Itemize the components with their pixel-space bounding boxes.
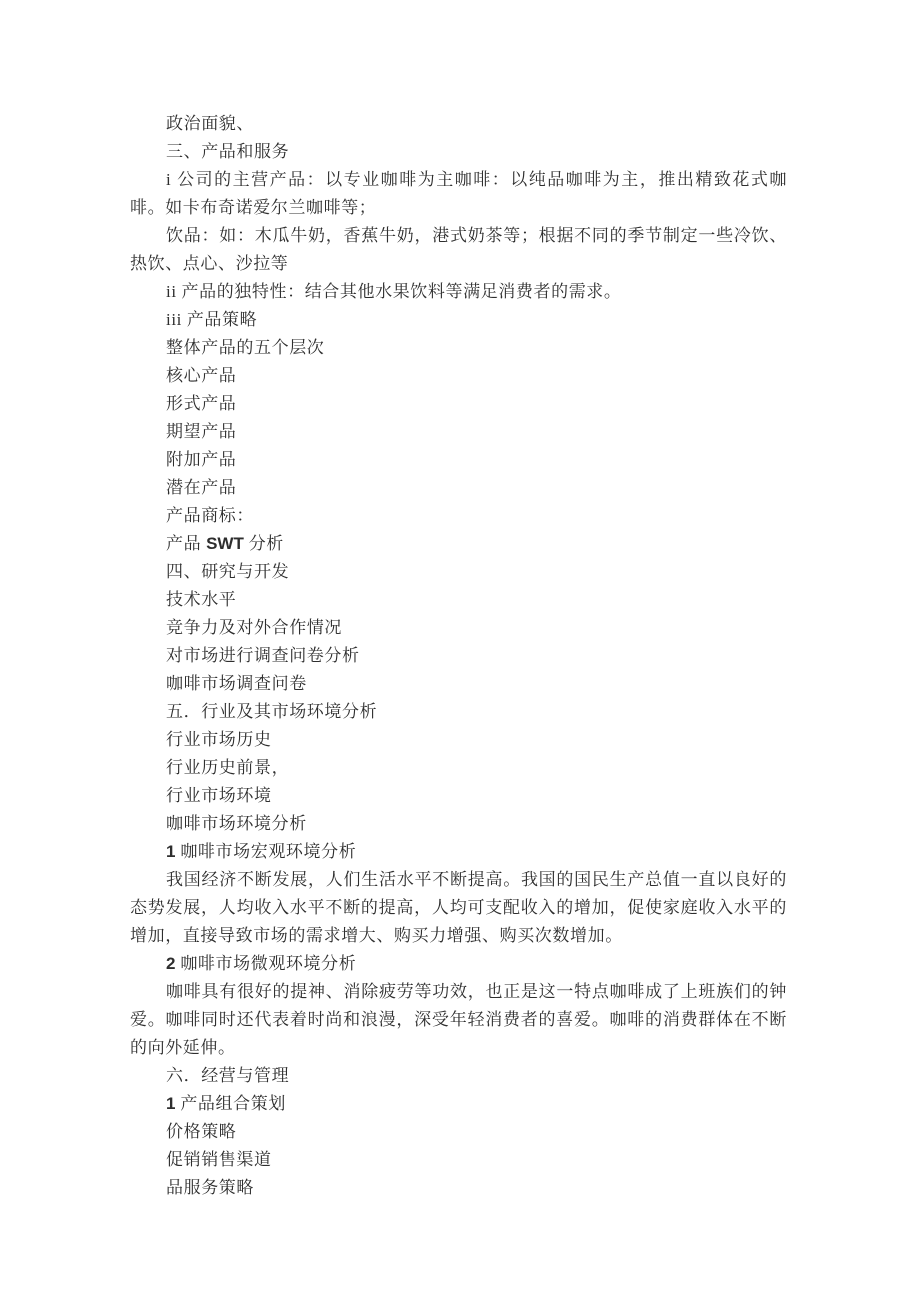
latin-acronym: SWT: [206, 534, 244, 553]
doc-heading-section-6: 六．经营与管理: [130, 1062, 787, 1090]
doc-paragraph: 技术水平: [130, 586, 787, 614]
doc-paragraph: 产品 SWT 分析: [130, 530, 787, 558]
doc-paragraph: 潜在产品: [130, 474, 787, 502]
doc-paragraph: 行业市场环境: [130, 782, 787, 810]
doc-paragraph: 促销销售渠道: [130, 1146, 787, 1174]
doc-numbered-heading: 1 产品组合策划: [130, 1090, 787, 1118]
doc-paragraph: 行业市场历史: [130, 726, 787, 754]
doc-paragraph: 咖啡市场调查问卷: [130, 670, 787, 698]
doc-paragraph: 附加产品: [130, 446, 787, 474]
doc-paragraph: 竞争力及对外合作情况: [130, 614, 787, 642]
doc-paragraph: 饮品：如：木瓜牛奶，香蕉牛奶，港式奶茶等；根据不同的季节制定一些冷饮、热饮、点心…: [130, 222, 787, 278]
doc-paragraph: 核心产品: [130, 362, 787, 390]
paragraph-text: 分析: [244, 534, 284, 553]
doc-paragraph: 品服务策略: [130, 1174, 787, 1202]
doc-paragraph: i 公司的主营产品：以专业咖啡为主咖啡：以纯品咖啡为主，推出精致花式咖啡。如卡布…: [130, 166, 787, 222]
doc-paragraph: 咖啡市场环境分析: [130, 810, 787, 838]
paragraph-text: 产品组合策划: [175, 1094, 285, 1113]
doc-numbered-heading: 2 咖啡市场微观环境分析: [130, 950, 787, 978]
doc-paragraph: 行业历史前景，: [130, 754, 787, 782]
doc-body-paragraph: 我国经济不断发展，人们生活水平不断提高。我国的国民生产总值一直以良好的态势发展，…: [130, 866, 787, 950]
doc-paragraph: iii 产品策略: [130, 306, 787, 334]
doc-heading-section-5: 五．行业及其市场环境分析: [130, 698, 787, 726]
paragraph-text: 产品: [166, 534, 206, 553]
document-page: 政治面貌、 三、产品和服务 i 公司的主营产品：以专业咖啡为主咖啡：以纯品咖啡为…: [0, 0, 920, 1302]
doc-paragraph: 形式产品: [130, 390, 787, 418]
doc-paragraph: 价格策略: [130, 1118, 787, 1146]
paragraph-text: 咖啡市场宏观环境分析: [175, 842, 356, 861]
doc-paragraph: 期望产品: [130, 418, 787, 446]
doc-body-paragraph: 咖啡具有很好的提神、消除疲劳等功效，也正是这一特点咖啡成了上班族们的钟爱。咖啡同…: [130, 978, 787, 1062]
doc-numbered-heading: 1 咖啡市场宏观环境分析: [130, 838, 787, 866]
doc-heading-section-4: 四、研究与开发: [130, 558, 787, 586]
doc-heading-section-3: 三、产品和服务: [130, 138, 787, 166]
document-body: 政治面貌、 三、产品和服务 i 公司的主营产品：以专业咖啡为主咖啡：以纯品咖啡为…: [130, 110, 787, 1202]
doc-paragraph: 政治面貌、: [130, 110, 787, 138]
doc-paragraph: 对市场进行调查问卷分析: [130, 642, 787, 670]
doc-paragraph: 产品商标：: [130, 502, 787, 530]
paragraph-text: 咖啡市场微观环境分析: [175, 954, 356, 973]
doc-paragraph: ii 产品的独特性：结合其他水果饮料等满足消费者的需求。: [130, 278, 787, 306]
doc-paragraph: 整体产品的五个层次: [130, 334, 787, 362]
